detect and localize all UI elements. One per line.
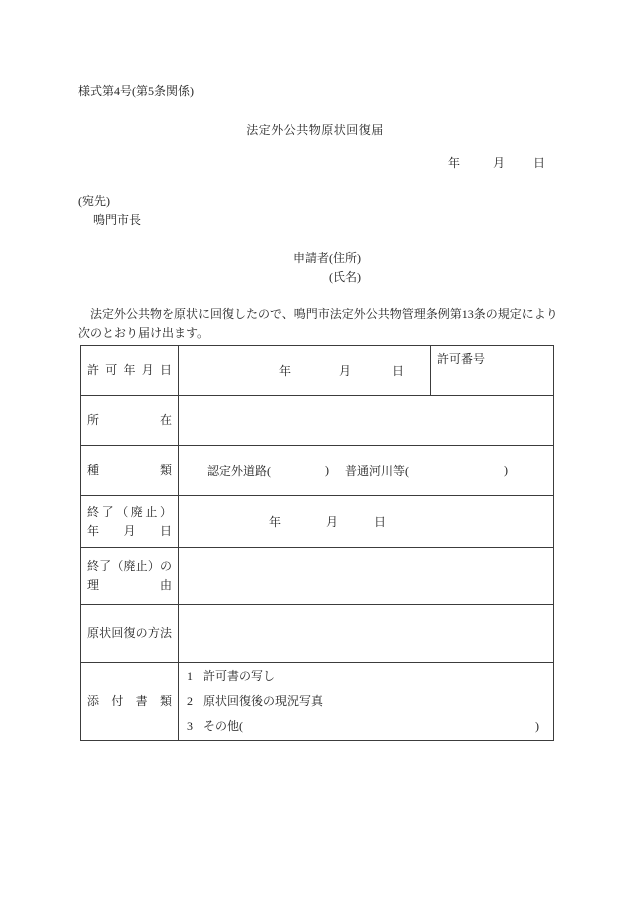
type-option-road: 認定外道路( <box>207 462 271 479</box>
form-title: 法定外公共物原状回復届 <box>0 121 630 138</box>
addressee-label: (宛先) <box>78 192 110 209</box>
permit-number-cell: 許可番号 <box>431 346 553 396</box>
end-month-label: 月 <box>326 513 338 530</box>
end-date-label-line1: 終了（廃止） <box>87 503 172 522</box>
end-reason-label-line1: 終了（廃止）の <box>87 557 172 576</box>
permit-number-label: 許可番号 <box>437 352 485 366</box>
permit-year-label: 年 <box>279 362 291 379</box>
attachment-number: 2 <box>187 689 193 714</box>
end-reason-label-cell: 終了（廃止）の 理由 <box>81 548 179 605</box>
permit-date-label-cell: 許可年月日 <box>81 346 179 396</box>
end-year-label: 年 <box>269 513 281 530</box>
location-label: 所在 <box>87 411 172 430</box>
type-option-road-close-paren: ) <box>325 463 329 478</box>
location-value-cell <box>179 396 553 446</box>
restore-method-label: 原状回復の方法 <box>87 624 172 643</box>
type-label-cell: 種類 <box>81 446 179 496</box>
end-reason-label-line2: 理由 <box>87 576 172 595</box>
form-number: 様式第4号(第5条関係) <box>78 82 194 99</box>
attachment-item: 2 原状回復後の現況写真 <box>187 689 539 714</box>
attachment-text: その他( <box>203 714 243 739</box>
permit-date-label: 許可年月日 <box>87 361 172 380</box>
type-option-river-close-paren: ) <box>504 463 508 478</box>
attachment-item: 3 その他( ) <box>187 714 539 739</box>
date-day-label: 日 <box>533 154 545 171</box>
intro-paragraph-line-2: 次のとおり届け出ます。 <box>78 324 209 341</box>
end-date-label-cell: 終了（廃止） 年月日 <box>81 496 179 548</box>
end-reason-value-cell <box>179 548 553 605</box>
restore-method-label-cell: 原状回復の方法 <box>81 605 179 663</box>
end-date-value-cell: 年 月 日 <box>179 496 553 548</box>
type-options-cell: 認定外道路( ) 普通河川等( ) <box>179 446 553 496</box>
attachments-label: 添付書類 <box>87 692 172 711</box>
attachments-label-cell: 添付書類 <box>81 663 179 740</box>
addressee-name: 鳴門市長 <box>93 211 141 228</box>
restore-method-value-cell <box>179 605 553 663</box>
attachment-text: 原状回復後の現況写真 <box>203 689 323 714</box>
attachment-close-paren: ) <box>535 714 539 739</box>
submission-date-line: 年 月 日 <box>448 154 545 171</box>
form-table: 許可年月日 年 月 日 許可番号 所在 種類 認定外道路( ) 普通河川等( )… <box>80 345 554 741</box>
attachment-number: 3 <box>187 714 193 739</box>
intro-paragraph-line-1: 法定外公共物を原状に回復したので、鳴門市法定外公共物管理条例第13条の規定により <box>78 305 558 322</box>
attachment-item: 1 許可書の写し <box>187 664 539 689</box>
permit-date-value-cell: 年 月 日 <box>179 346 431 396</box>
attachments-list-cell: 1 許可書の写し 2 原状回復後の現況写真 3 その他( ) <box>179 663 553 740</box>
applicant-address-line: 申請者(住所) <box>293 249 361 266</box>
permit-day-label: 日 <box>392 362 404 379</box>
permit-month-label: 月 <box>339 362 351 379</box>
type-option-river: 普通河川等( <box>345 462 409 479</box>
date-month-label: 月 <box>493 154 505 171</box>
end-day-label: 日 <box>374 513 386 530</box>
type-label: 種類 <box>87 461 172 480</box>
applicant-name-line: (氏名) <box>329 268 361 285</box>
location-label-cell: 所在 <box>81 396 179 446</box>
attachment-text: 許可書の写し <box>203 664 275 689</box>
date-year-label: 年 <box>448 154 460 171</box>
end-date-label-line2: 年月日 <box>87 522 172 541</box>
attachment-number: 1 <box>187 664 193 689</box>
